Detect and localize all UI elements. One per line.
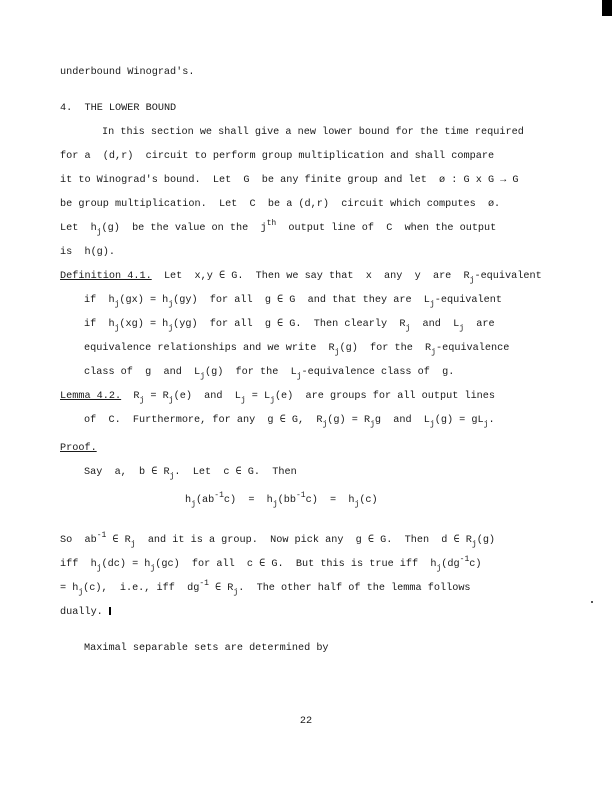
definition-line: equivalence relationships and we write R… <box>84 343 509 355</box>
proof-line: iff hj(dc) = hj(gc) for all c ∈ G. But t… <box>60 559 481 571</box>
paragraph-line: is h(g). <box>60 247 115 259</box>
paragraph-line: be group multiplication. Let C be a (d,r… <box>60 199 500 211</box>
proof-equation: hj(ab-1c) = hj(bb-1c) = hj(c) <box>185 495 378 507</box>
proof-line: So ab-1 ∈ Rj and it is a group. Now pick… <box>60 535 495 547</box>
section-title: THE LOWER BOUND <box>84 103 176 114</box>
scan-corner-mark <box>602 0 612 16</box>
proof-text: dually. <box>60 607 103 618</box>
section-number: 4. <box>60 103 72 114</box>
proof-last-line: dually. <box>60 607 111 619</box>
section-heading: 4. THE LOWER BOUND <box>60 103 176 115</box>
lemma-first-line: Lemma 4.2. Rj = Rj(e) and Lj = Lj(e) are… <box>60 391 495 403</box>
definition-text: Let x,y ∈ G. Then we say that x any y ar… <box>164 271 542 282</box>
definition-line: class of g and Lj(g) for the Lj-equivale… <box>84 367 454 379</box>
definition-label: Definition 4.1. <box>60 271 152 282</box>
paragraph-line: for a (d,r) circuit to perform group mul… <box>60 151 494 163</box>
lemma-text: Rj = Rj(e) and Lj = Lj(e) are groups for… <box>133 391 495 402</box>
lemma-label: Lemma 4.2. <box>60 391 121 402</box>
proof-label: Proof. <box>60 443 97 455</box>
page-number: 22 <box>0 716 612 728</box>
closing-line: Maximal separable sets are determined by <box>84 643 329 655</box>
definition-line: if hj(gx) = hj(gy) for all g ∈ G and tha… <box>84 295 502 307</box>
paragraph-line: In this section we shall give a new lowe… <box>102 127 524 139</box>
definition-line: if hj(xg) = hj(yg) for all g ∈ G. Then c… <box>84 319 495 331</box>
qed-tombstone-icon <box>109 607 111 615</box>
paragraph-line: it to Winograd's bound. Let G be any fin… <box>60 175 519 187</box>
proof-line: Say a, b ∈ Rj. Let c ∈ G. Then <box>84 467 297 479</box>
paragraph-line: Let hj(g) be the value on the jth output… <box>60 223 496 235</box>
document-page: underbound Winograd's. 4. THE LOWER BOUN… <box>0 0 612 791</box>
intro-line: underbound Winograd's. <box>60 67 195 79</box>
proof-line: = hj(c), i.e., iff dg-1 ∈ Rj. The other … <box>60 583 471 595</box>
definition-first-line: Definition 4.1. Let x,y ∈ G. Then we say… <box>60 271 542 283</box>
scan-speck <box>591 601 593 603</box>
lemma-line: of C. Furthermore, for any g ∈ G, Rj(g) … <box>84 415 495 427</box>
